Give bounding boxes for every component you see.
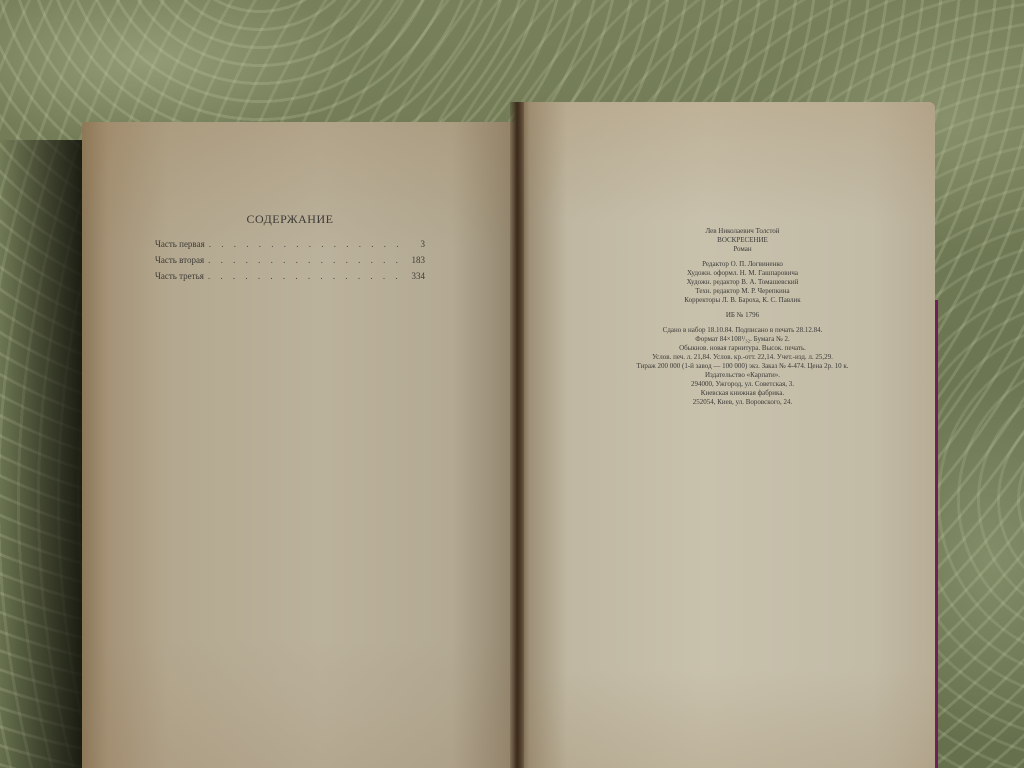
toc-entry-label: Часть третья — [155, 271, 204, 281]
print-detail-line: Обыкнов. новая гарнитура. Высок. печать. — [575, 344, 910, 353]
publisher-line: 294000, Ужгород, ул. Советская, 3. — [575, 380, 910, 389]
credit-line: Корректоры Л. В. Бароха, К. С. Павлик — [575, 296, 910, 305]
credit-line: Художн. оформл. Н. М. Гашпаровича — [575, 269, 910, 278]
print-detail-line: Тираж 200 000 (1-й завод — 100 000) экз.… — [555, 362, 930, 371]
toc-entry: Часть первая . . . . . . . . . . . . . .… — [155, 239, 425, 255]
print-detail-line: Сдано в набор 18.10.84. Подписано в печа… — [575, 326, 910, 335]
book-title: ВОСКРЕСЕНИЕ — [575, 236, 910, 245]
toc-leader-dots: . . . . . . . . . . . . . . . . — [208, 255, 407, 265]
toc-entry-label: Часть первая — [155, 239, 205, 249]
right-page — [517, 102, 935, 768]
book-genre: Роман — [575, 245, 910, 254]
ib-number: ИБ № 1796 — [575, 311, 910, 320]
toc-title: СОДЕРЖАНИЕ — [155, 212, 425, 227]
publisher-line: Издательство «Карпати». — [575, 371, 910, 380]
table-shadow — [0, 140, 95, 768]
toc-leader-dots: . . . . . . . . . . . . . . . . — [208, 271, 408, 281]
printer-line: 252054, Киев, ул. Воровского, 24. — [575, 398, 910, 407]
toc-entry: Часть третья . . . . . . . . . . . . . .… — [155, 271, 425, 287]
print-detail-line: Услов. печ. л. 21,84. Услов. кр.-отт. 22… — [575, 353, 910, 362]
print-detail-line: Формат 84×108¹/₃₂. Бумага № 2. — [575, 335, 910, 344]
credit-line: Редактор О. П. Логвиненко — [575, 260, 910, 269]
book-spine — [510, 102, 524, 768]
toc-entry-label: Часть вторая — [155, 255, 204, 265]
toc-entry-page: 334 — [412, 271, 426, 281]
credit-line: Художн. редактор В. А. Томашевский — [575, 278, 910, 287]
toc-entry-page: 3 — [421, 239, 426, 249]
credit-line: Техн. редактор М. Р. Черепкина — [575, 287, 910, 296]
toc-entry-page: 183 — [412, 255, 426, 265]
printer-line: Киевская книжная фабрика. — [575, 389, 910, 398]
toc-entry: Часть вторая . . . . . . . . . . . . . .… — [155, 255, 425, 271]
toc-leader-dots: . . . . . . . . . . . . . . . . — [209, 239, 417, 249]
imprint-block: Лев Николаевич Толстой ВОСКРЕСЕНИЕ Роман… — [575, 227, 910, 407]
author-name: Лев Николаевич Толстой — [575, 227, 910, 236]
table-of-contents: СОДЕРЖАНИЕ Часть первая . . . . . . . . … — [155, 212, 425, 287]
